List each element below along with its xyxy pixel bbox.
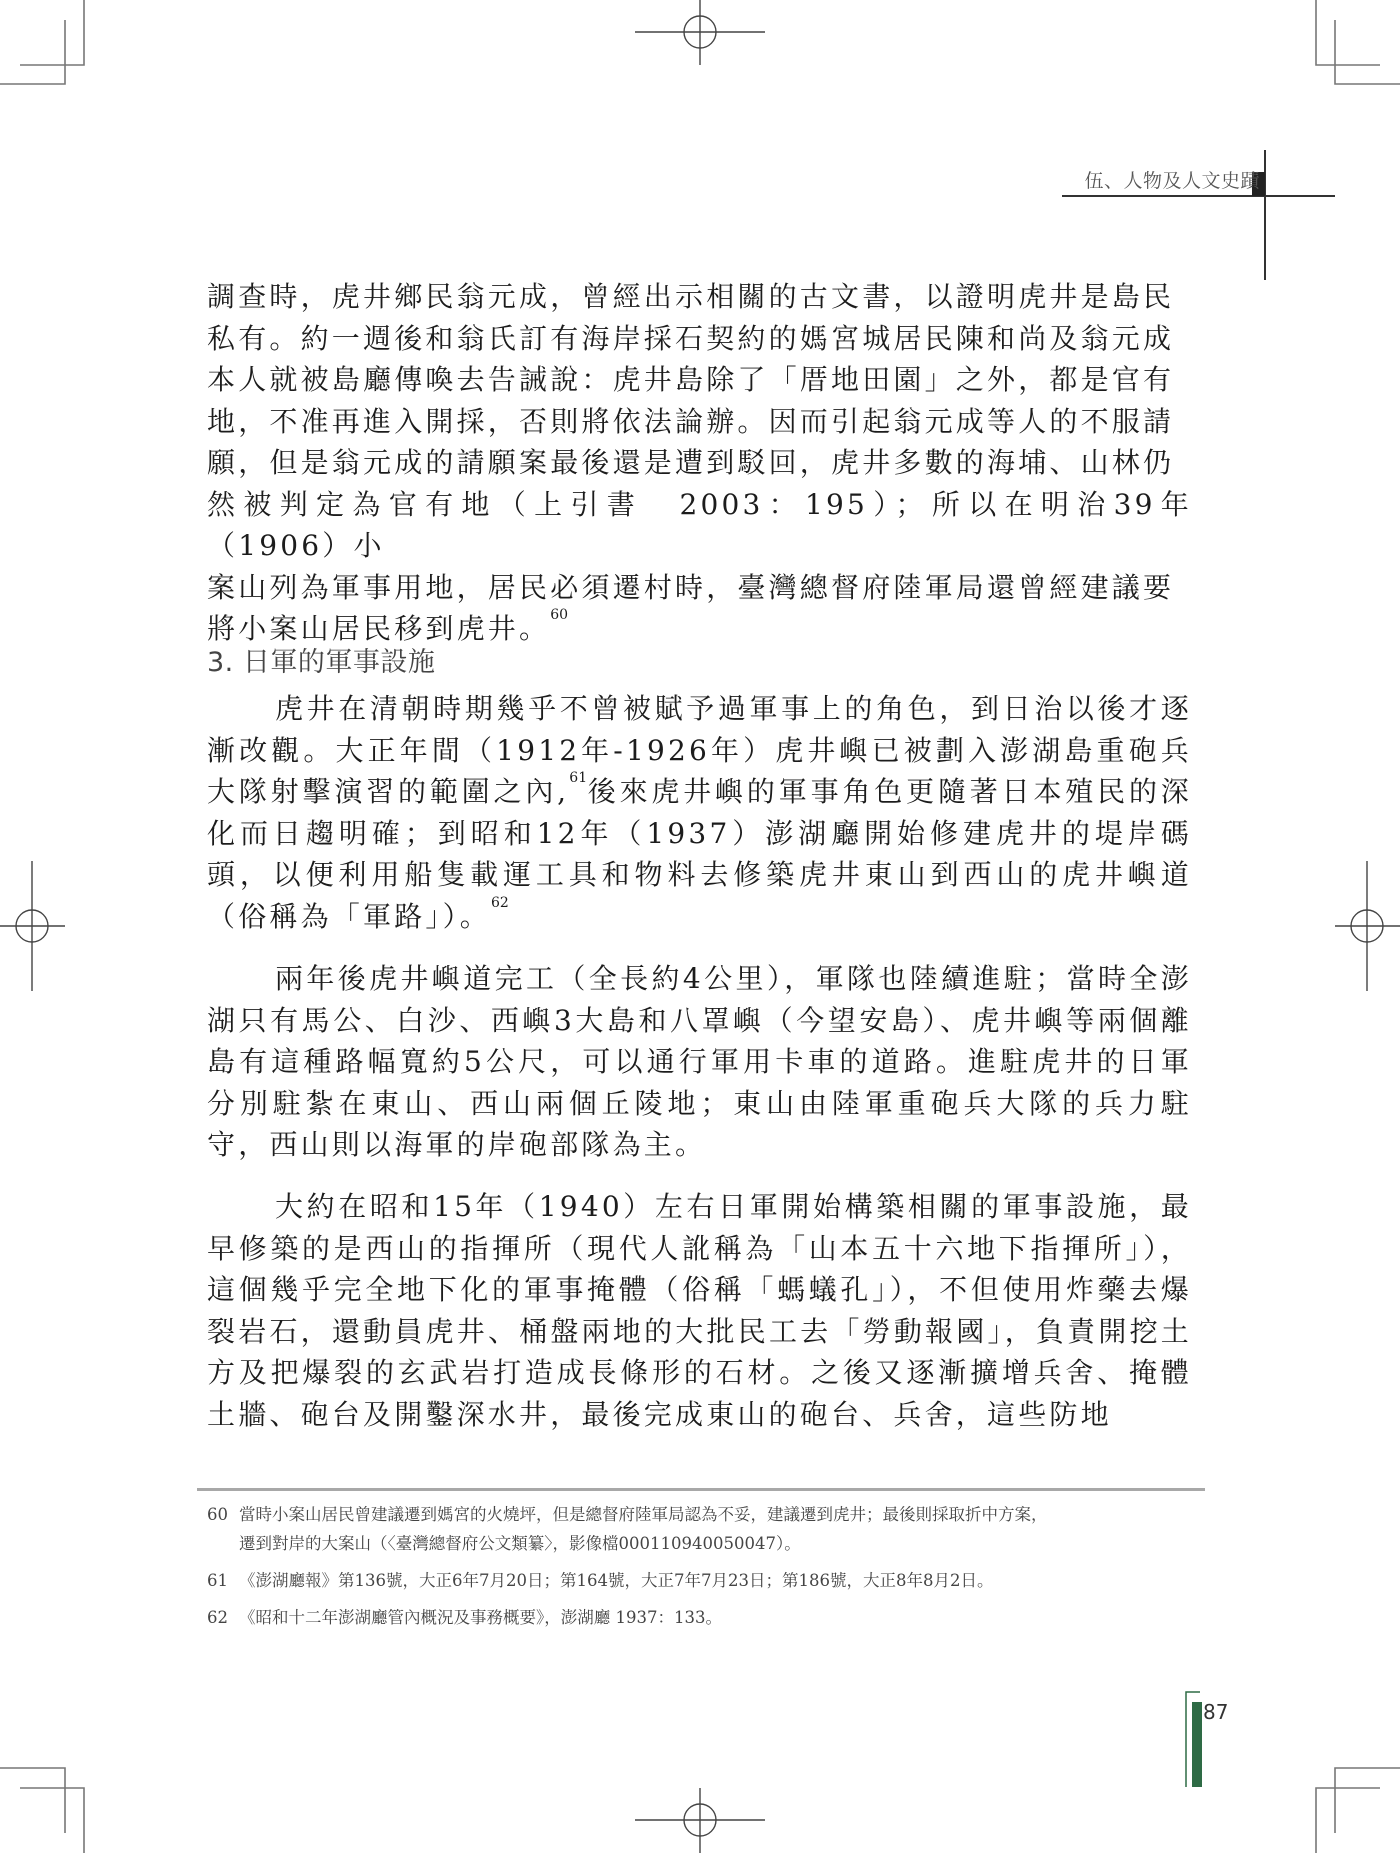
paragraph-text: 大約在昭和15年（1940）左右日軍開始構築相關的軍事設施，最早修築的是西山的指… <box>207 1186 1192 1435</box>
footnote-61: 61 《澎湖廳報》第136號，大正6年7月20日；第164號，大正7年7月23日… <box>207 1566 1207 1595</box>
footnote-divider <box>197 1488 1205 1491</box>
page-number-bar <box>1186 1692 1202 1787</box>
text-line: 願，但是翁元成的請願案最後還是遭到駁回，虎井多數的海埔、山林仍 <box>207 442 1192 484</box>
footnote-text: 《昭和十二年澎湖廳管內概況及事務概要》，澎湖廳 1937：133。 <box>239 1603 1207 1632</box>
paragraph-continued: 調查時，虎井鄉民翁元成，曾經出示相關的古文書，以證明虎井是島民 私有。約一週後和… <box>207 276 1192 650</box>
paragraph-1: 虎井在清朝時期幾乎不曾被賦予過軍事上的角色，到日治以後才逐漸改觀。大正年間（19… <box>207 688 1192 937</box>
running-head: 伍、人物及人文史蹟 <box>1060 166 1260 193</box>
footnote-text: 當時小案山居民曾建議遷到媽宮的火燒坪，但是總督府陸軍局認為不妥，建議遷到虎井；最… <box>239 1505 1048 1524</box>
text-line: 本人就被島廳傳喚去告誡說：虎井島除了「厝地田園」之外，都是官有 <box>207 359 1192 401</box>
text-line: 地，不准再進入開採，否則將依法論辦。因而引起翁元成等人的不服請 <box>207 401 1192 443</box>
footnote-text: 遷到對岸的大案山（〈臺灣總督府公文類纂〉，影像檔000110940050047）… <box>239 1534 801 1553</box>
footnote-number: 62 <box>207 1603 239 1632</box>
paragraph-2: 兩年後虎井嶼道完工（全長約4公里），軍隊也陸續進駐；當時全澎湖只有馬公、白沙、西… <box>207 958 1192 1166</box>
footnote-62: 62 《昭和十二年澎湖廳管內概況及事務概要》，澎湖廳 1937：133。 <box>207 1603 1207 1632</box>
paragraph-3: 大約在昭和15年（1940）左右日軍開始構築相關的軍事設施，最早修築的是西山的指… <box>207 1186 1192 1435</box>
text-line: 然被判定為官有地（上引書 2003：195）；所以在明治39年（1906）小 <box>207 484 1192 567</box>
footnote-60: 60 當時小案山居民曾建議遷到媽宮的火燒坪，但是總督府陸軍局認為不妥，建議遷到虎… <box>207 1500 1207 1558</box>
footnotes: 60 當時小案山居民曾建議遷到媽宮的火燒坪，但是總督府陸軍局認為不妥，建議遷到虎… <box>207 1500 1207 1632</box>
page-number: 87 <box>1203 1700 1228 1724</box>
footnote-number: 60 <box>207 1500 239 1558</box>
footnote-ref[interactable]: 60 <box>550 607 568 623</box>
footnote-ref[interactable]: 62 <box>491 895 509 911</box>
footnote-ref[interactable]: 61 <box>569 770 587 786</box>
paragraph-text: 兩年後虎井嶼道完工（全長約4公里），軍隊也陸續進駐；當時全澎湖只有馬公、白沙、西… <box>207 958 1192 1166</box>
text-line: 私有。約一週後和翁氏訂有海岸採石契約的媽宮城居民陳和尚及翁元成 <box>207 318 1192 360</box>
footnote-text: 《澎湖廳報》第136號，大正6年7月20日；第164號，大正7年7月23日；第1… <box>239 1566 1207 1595</box>
section-heading: 3. 日軍的軍事設施 <box>207 640 435 679</box>
text-line: 調查時，虎井鄉民翁元成，曾經出示相關的古文書，以證明虎井是島民 <box>207 276 1192 318</box>
footnote-number: 61 <box>207 1566 239 1595</box>
text-line: 案山列為軍事用地，居民必須遷村時，臺灣總督府陸軍局還曾經建議要 <box>207 567 1192 609</box>
